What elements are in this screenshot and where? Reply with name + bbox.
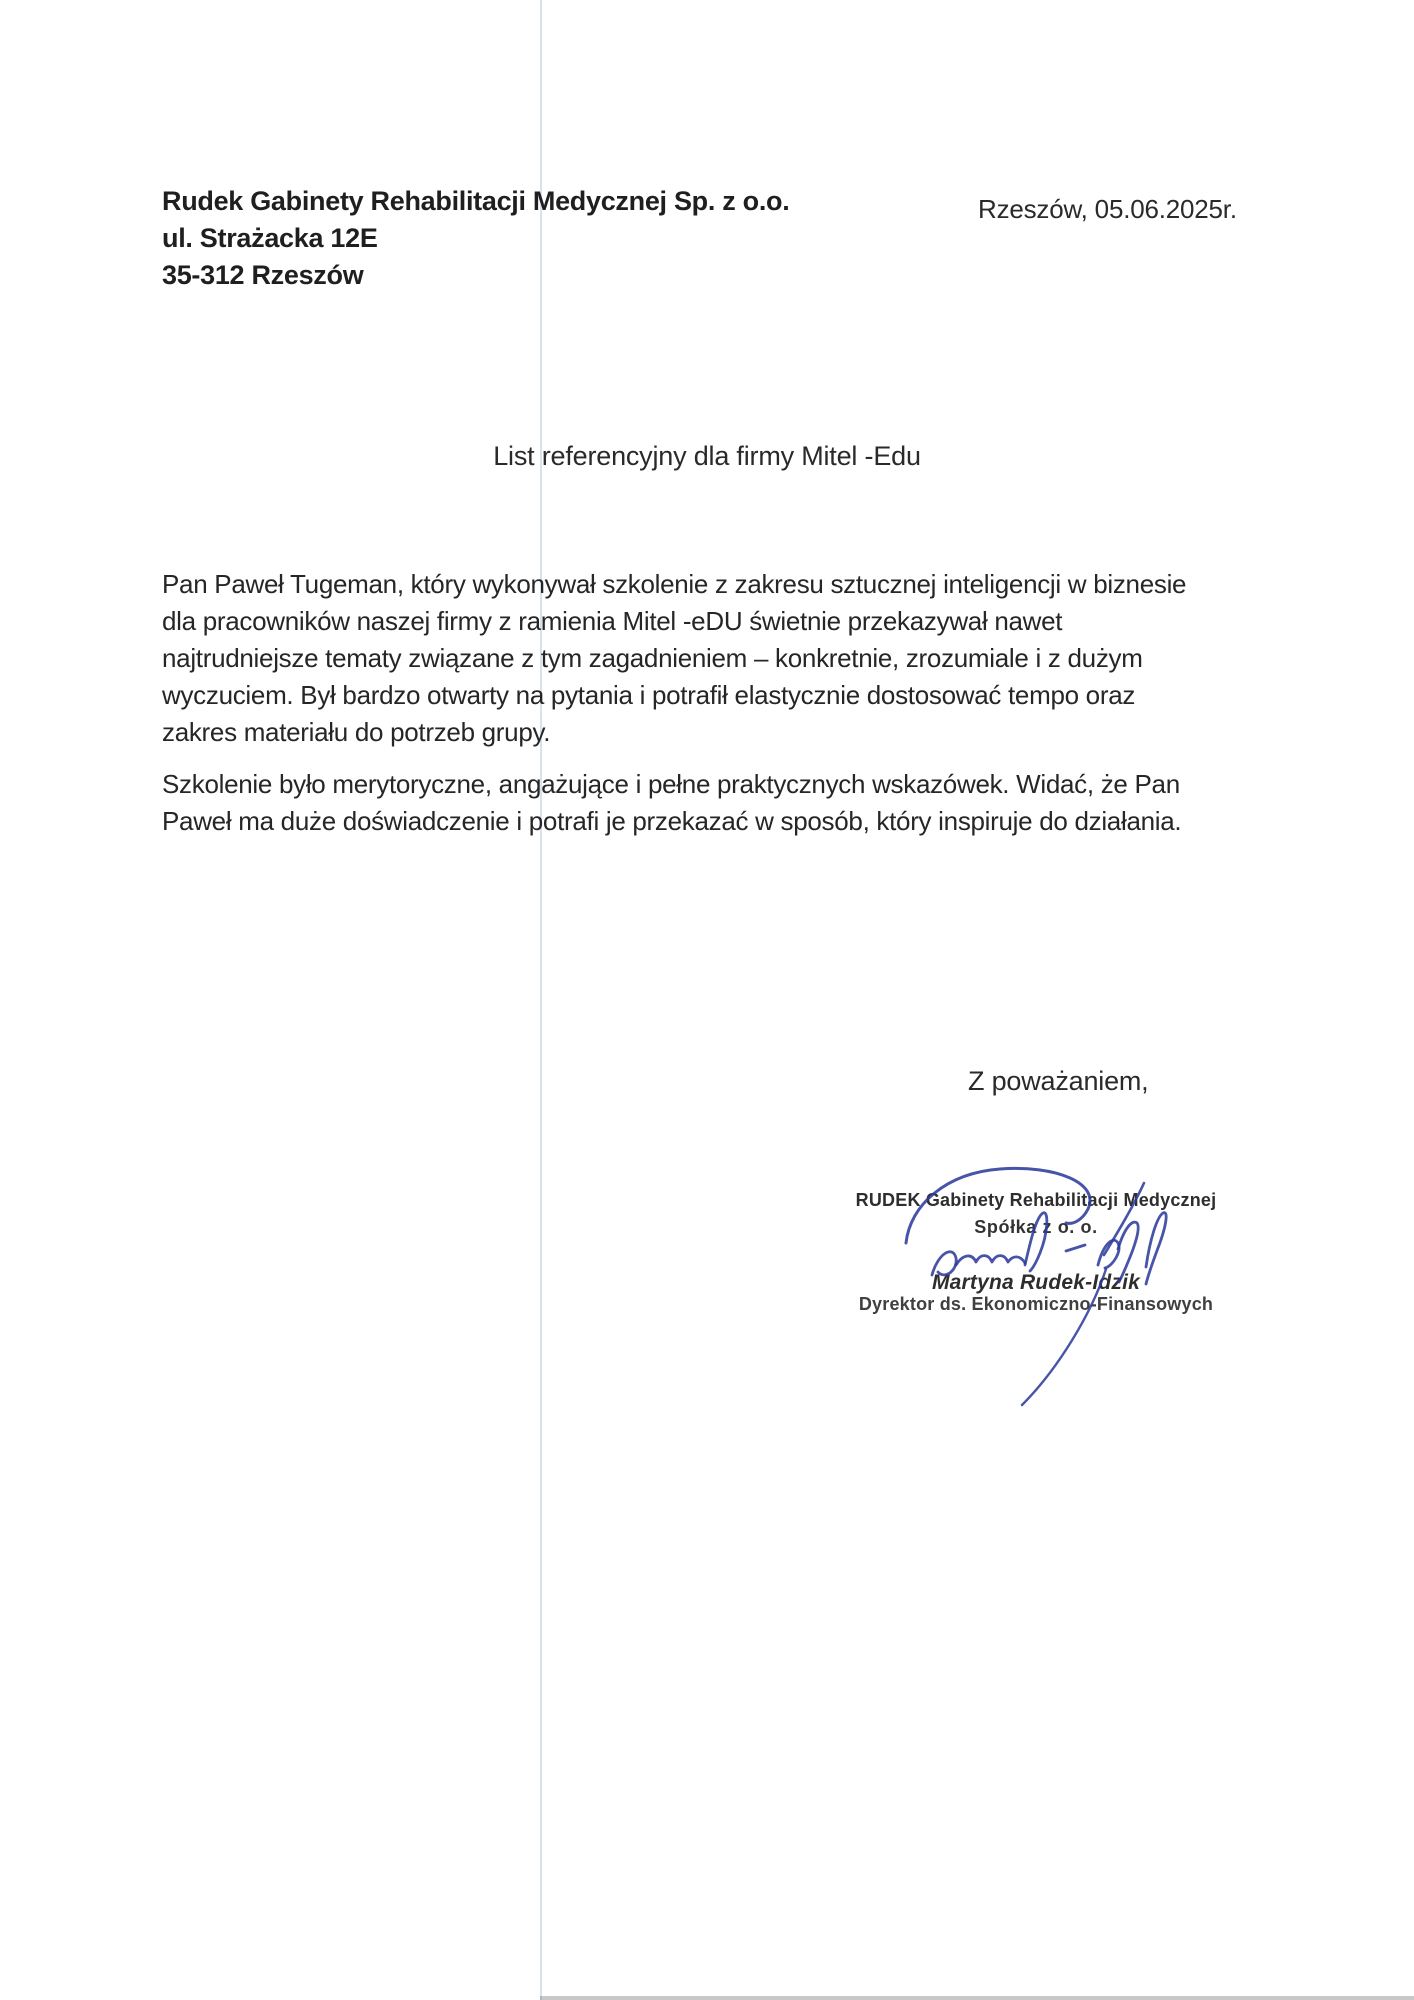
- paragraph-1-line: wyczuciem. Był bardzo otwarty na pytania…: [162, 677, 1186, 714]
- sender-address-block: Rudek Gabinety Rehabilitacji Medycznej S…: [162, 183, 789, 294]
- stamp-company-line1: RUDEK Gabinety Rehabilitacji Medycznej: [821, 1190, 1251, 1217]
- closing-salutation: Z poważaniem,: [968, 1066, 1148, 1097]
- paragraph-2: Szkolenie było merytoryczne, angażujące …: [162, 766, 1181, 840]
- paragraph-1-line: dla pracowników naszej firmy z ramienia …: [162, 603, 1186, 640]
- paragraph-1-line: zakres materiału do potrzeb grupy.: [162, 714, 1186, 751]
- sender-company-name: Rudek Gabinety Rehabilitacji Medycznej S…: [162, 183, 789, 220]
- paragraph-1-line: najtrudniejsze tematy związane z tym zag…: [162, 640, 1186, 677]
- scan-artifact-vertical-line: [540, 0, 542, 2000]
- stamp-signatory-title: Dyrektor ds. Ekonomiczno-Finansowych: [821, 1294, 1251, 1315]
- paragraph-2-line: Szkolenie było merytoryczne, angażujące …: [162, 766, 1181, 803]
- stamp-signatory-name: Martyna Rudek-Idzik: [821, 1271, 1251, 1294]
- paragraph-1-line: Pan Paweł Tugeman, który wykonywał szkol…: [162, 566, 1186, 603]
- sender-street: ul. Strażacka 12E: [162, 220, 789, 257]
- paragraph-2-line: Paweł ma duże doświadczenie i potrafi je…: [162, 803, 1181, 840]
- letter-title: List referencyjny dla firmy Mitel -Edu: [0, 441, 1414, 472]
- paragraph-1: Pan Paweł Tugeman, który wykonywał szkol…: [162, 566, 1186, 751]
- sender-city: 35-312 Rzeszów: [162, 257, 789, 294]
- place-and-date: Rzeszów, 05.06.2025r.: [978, 194, 1237, 225]
- scanned-letter-page: Rudek Gabinety Rehabilitacji Medycznej S…: [0, 0, 1414, 2000]
- stamp-company-line2: Spółka z o. o.: [821, 1217, 1251, 1241]
- scan-artifact-bottom-edge: [540, 1996, 1414, 2000]
- company-stamp: RUDEK Gabinety Rehabilitacji Medycznej S…: [821, 1190, 1251, 1315]
